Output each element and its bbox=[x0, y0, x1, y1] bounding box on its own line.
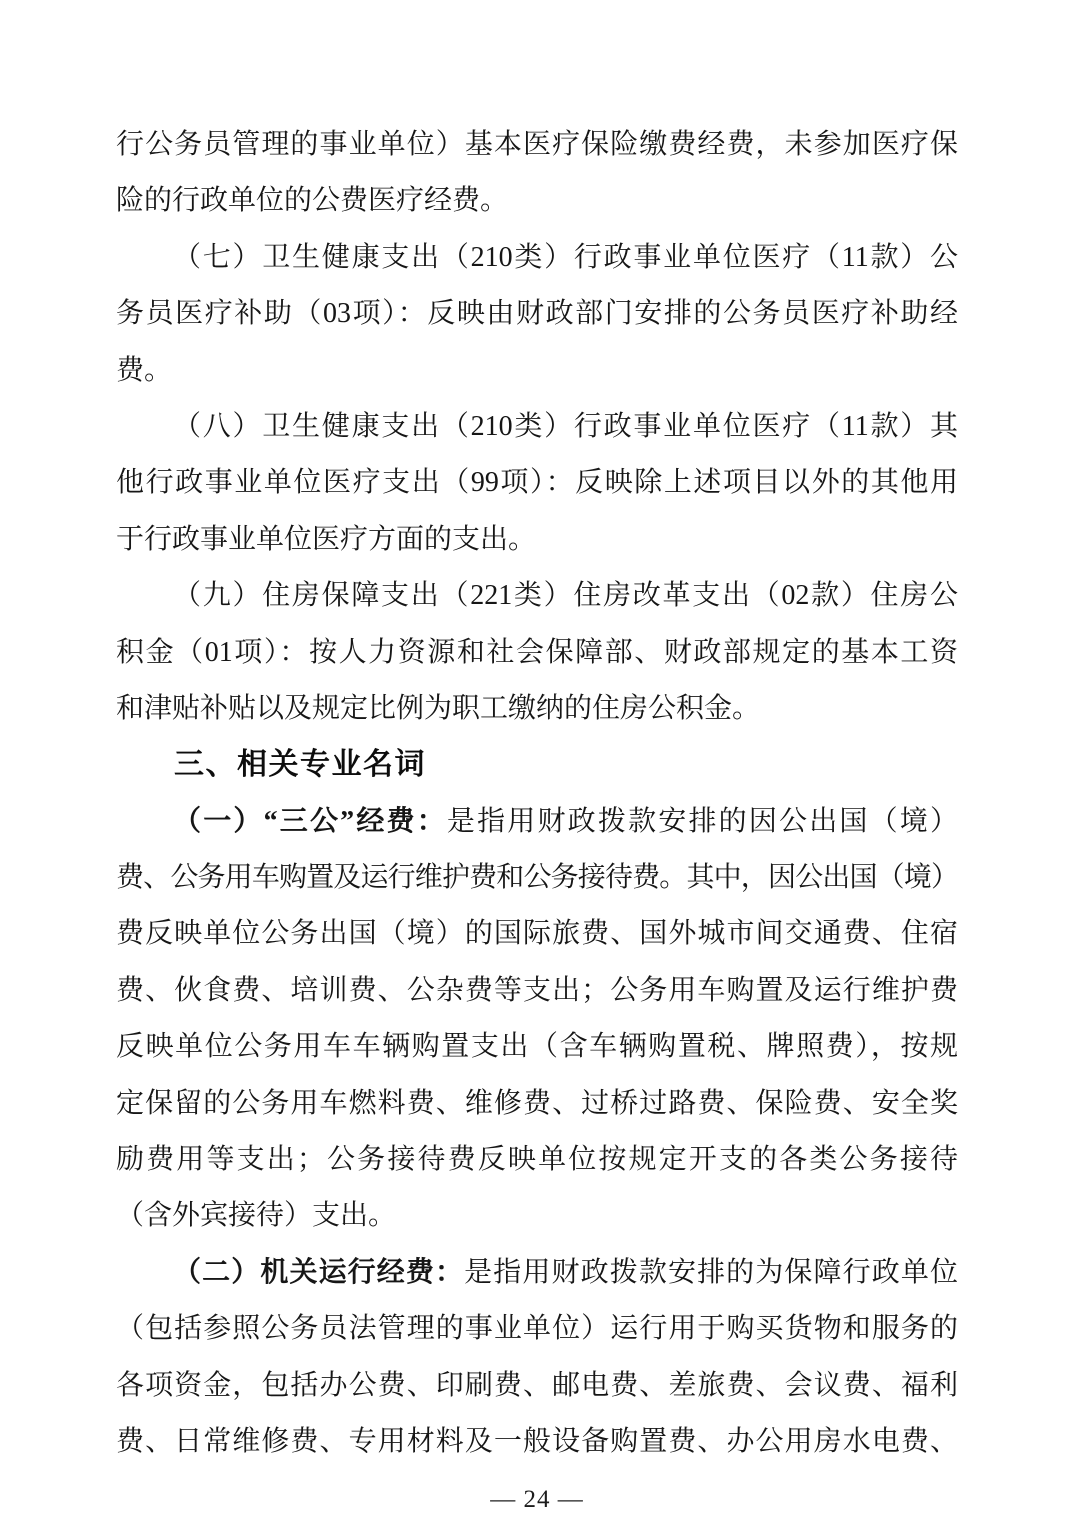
text-line: 务员医疗补助（03项）：反映由财政部门安排的公务员医疗补助经 bbox=[116, 286, 958, 342]
line-text: 费、日常维修费、专用材料及一般设备购置费、办公用房水电费、 bbox=[116, 1426, 958, 1457]
section-heading-text: 三、相关专业名词 bbox=[174, 748, 426, 781]
line-text: 行公务员管理的事业单位）基本医疗保险缴费经费，未参加医疗保 bbox=[116, 129, 958, 160]
document-page: 行公务员管理的事业单位）基本医疗保险缴费经费，未参加医疗保 险的行政单位的公费医… bbox=[0, 0, 1074, 1520]
text-line: （包括参照公务员法管理的事业单位）运行用于购买货物和服务的 bbox=[116, 1301, 958, 1357]
text-line: 费、公务用车购置及运行维护费和公务接待费。其中，因公出国（境） bbox=[116, 850, 958, 906]
text-line: 积金（01项）：按人力资源和社会保障部、财政部规定的基本工资 bbox=[116, 625, 958, 681]
document-body: 行公务员管理的事业单位）基本医疗保险缴费经费，未参加医疗保 险的行政单位的公费医… bbox=[116, 117, 958, 1470]
line-text: 积金（01项）：按人力资源和社会保障部、财政部规定的基本工资 bbox=[116, 637, 958, 668]
line-text: （八）卫生健康支出（210类）行政事业单位医疗（11款）其 bbox=[173, 411, 958, 442]
text-line: 各项资金，包括办公费、印刷费、邮电费、差旅费、会议费、福利 bbox=[116, 1358, 958, 1414]
line-text: 费。 bbox=[116, 355, 172, 386]
text-line: 于行政事业单位医疗方面的支出。 bbox=[116, 512, 958, 568]
text-line: 行公务员管理的事业单位）基本医疗保险缴费经费，未参加医疗保 bbox=[116, 117, 958, 173]
line-text: 费、公务用车购置及运行维护费和公务接待费。其中，因公出国（境） bbox=[116, 862, 958, 893]
text-line: （一）“三公”经费：是指用财政拨款安排的因公出国（境） bbox=[116, 794, 958, 850]
text-line: （八）卫生健康支出（210类）行政事业单位医疗（11款）其 bbox=[116, 399, 958, 455]
section-heading: 三、相关专业名词 bbox=[116, 737, 958, 793]
line-text: （九）住房保障支出（221类）住房改革支出（02款）住房公 bbox=[173, 580, 958, 611]
text-line: 费反映单位公务出国（境）的国际旅费、国外城市间交通费、住宿 bbox=[116, 906, 958, 962]
text-line: 费、日常维修费、专用材料及一般设备购置费、办公用房水电费、 bbox=[116, 1414, 958, 1470]
line-text: 各项资金，包括办公费、印刷费、邮电费、差旅费、会议费、福利 bbox=[116, 1370, 958, 1401]
line-text: 费、伙食费、培训费、公杂费等支出；公务用车购置及运行维护费 bbox=[116, 975, 958, 1006]
line-text: 务员医疗补助（03项）：反映由财政部门安排的公务员医疗补助经 bbox=[116, 298, 958, 329]
line-text: 于行政事业单位医疗方面的支出。 bbox=[116, 524, 536, 555]
line-text: （七）卫生健康支出（210类）行政事业单位医疗（11款）公 bbox=[173, 242, 958, 273]
line-text: 费反映单位公务出国（境）的国际旅费、国外城市间交通费、住宿 bbox=[116, 918, 958, 949]
line-bold-text: （一）“三公”经费： bbox=[173, 806, 447, 837]
page-number: — 24 — bbox=[0, 1486, 1074, 1514]
line-text: 反映单位公务用车车辆购置支出（含车辆购置税、牌照费），按规 bbox=[116, 1031, 958, 1062]
text-line: （七）卫生健康支出（210类）行政事业单位医疗（11款）公 bbox=[116, 230, 958, 286]
line-text: （含外宾接待）支出。 bbox=[116, 1200, 396, 1231]
line-text: 和津贴补贴以及规定比例为职工缴纳的住房公积金。 bbox=[116, 693, 760, 724]
line-text: 险的行政单位的公费医疗经费。 bbox=[116, 185, 508, 216]
text-line: 反映单位公务用车车辆购置支出（含车辆购置税、牌照费），按规 bbox=[116, 1019, 958, 1075]
text-line: （九）住房保障支出（221类）住房改革支出（02款）住房公 bbox=[116, 568, 958, 624]
line-text: 定保留的公务用车燃料费、维修费、过桥过路费、保险费、安全奖 bbox=[116, 1088, 958, 1119]
line-text: 励费用等支出；公务接待费反映单位按规定开支的各类公务接待 bbox=[116, 1144, 958, 1175]
text-line: （含外宾接待）支出。 bbox=[116, 1188, 958, 1244]
line-text: 他行政事业单位医疗支出（99项）：反映除上述项目以外的其他用 bbox=[116, 467, 958, 498]
text-line: 费。 bbox=[116, 343, 958, 399]
line-bold-text: （二）机关运行经费： bbox=[173, 1257, 464, 1288]
text-line: 他行政事业单位医疗支出（99项）：反映除上述项目以外的其他用 bbox=[116, 455, 958, 511]
line-text: 是指用财政拨款安排的因公出国（境） bbox=[447, 806, 958, 837]
text-line: 定保留的公务用车燃料费、维修费、过桥过路费、保险费、安全奖 bbox=[116, 1076, 958, 1132]
text-line: 险的行政单位的公费医疗经费。 bbox=[116, 173, 958, 229]
text-line: 励费用等支出；公务接待费反映单位按规定开支的各类公务接待 bbox=[116, 1132, 958, 1188]
text-line: （二）机关运行经费：是指用财政拨款安排的为保障行政单位 bbox=[116, 1245, 958, 1301]
text-line: 和津贴补贴以及规定比例为职工缴纳的住房公积金。 bbox=[116, 681, 958, 737]
line-text: （包括参照公务员法管理的事业单位）运行用于购买货物和服务的 bbox=[116, 1313, 958, 1344]
line-text: 是指用财政拨款安排的为保障行政单位 bbox=[464, 1257, 958, 1288]
text-line: 费、伙食费、培训费、公杂费等支出；公务用车购置及运行维护费 bbox=[116, 963, 958, 1019]
